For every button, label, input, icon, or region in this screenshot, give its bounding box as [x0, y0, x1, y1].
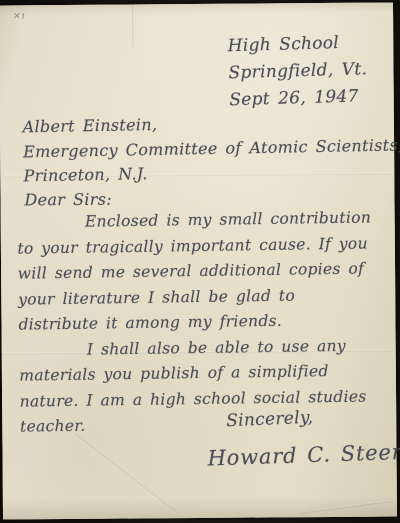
closing: Sincerely,: [226, 408, 314, 432]
crease-line: [131, 5, 133, 47]
letter-body: Enclosed is my small contribution to you…: [17, 205, 378, 440]
recipient-address: Albert Einstein, Emergency Committee of …: [22, 108, 400, 188]
corner-pencil-mark: ×ı: [13, 11, 26, 21]
heading-school: High School: [227, 29, 366, 60]
letter-paper: ×ı High School Springfield, Vt. Sept 26,…: [0, 2, 397, 519]
signature: Howard C. Steen: [207, 440, 400, 471]
body-paragraph-1: Enclosed is my small contribution to you…: [17, 205, 377, 338]
salutation: Dear Sirs:: [24, 190, 112, 210]
scanned-letter-page: ×ı High School Springfield, Vt. Sept 26,…: [0, 0, 400, 523]
heading-city: Springfield, Vt.: [228, 56, 367, 87]
crease-line: [74, 433, 178, 514]
body-paragraph-2: I shall also be able to use any material…: [19, 333, 378, 440]
crease-line: [299, 500, 393, 514]
letter-heading: High School Springfield, Vt. Sept 26, 19…: [227, 29, 368, 114]
